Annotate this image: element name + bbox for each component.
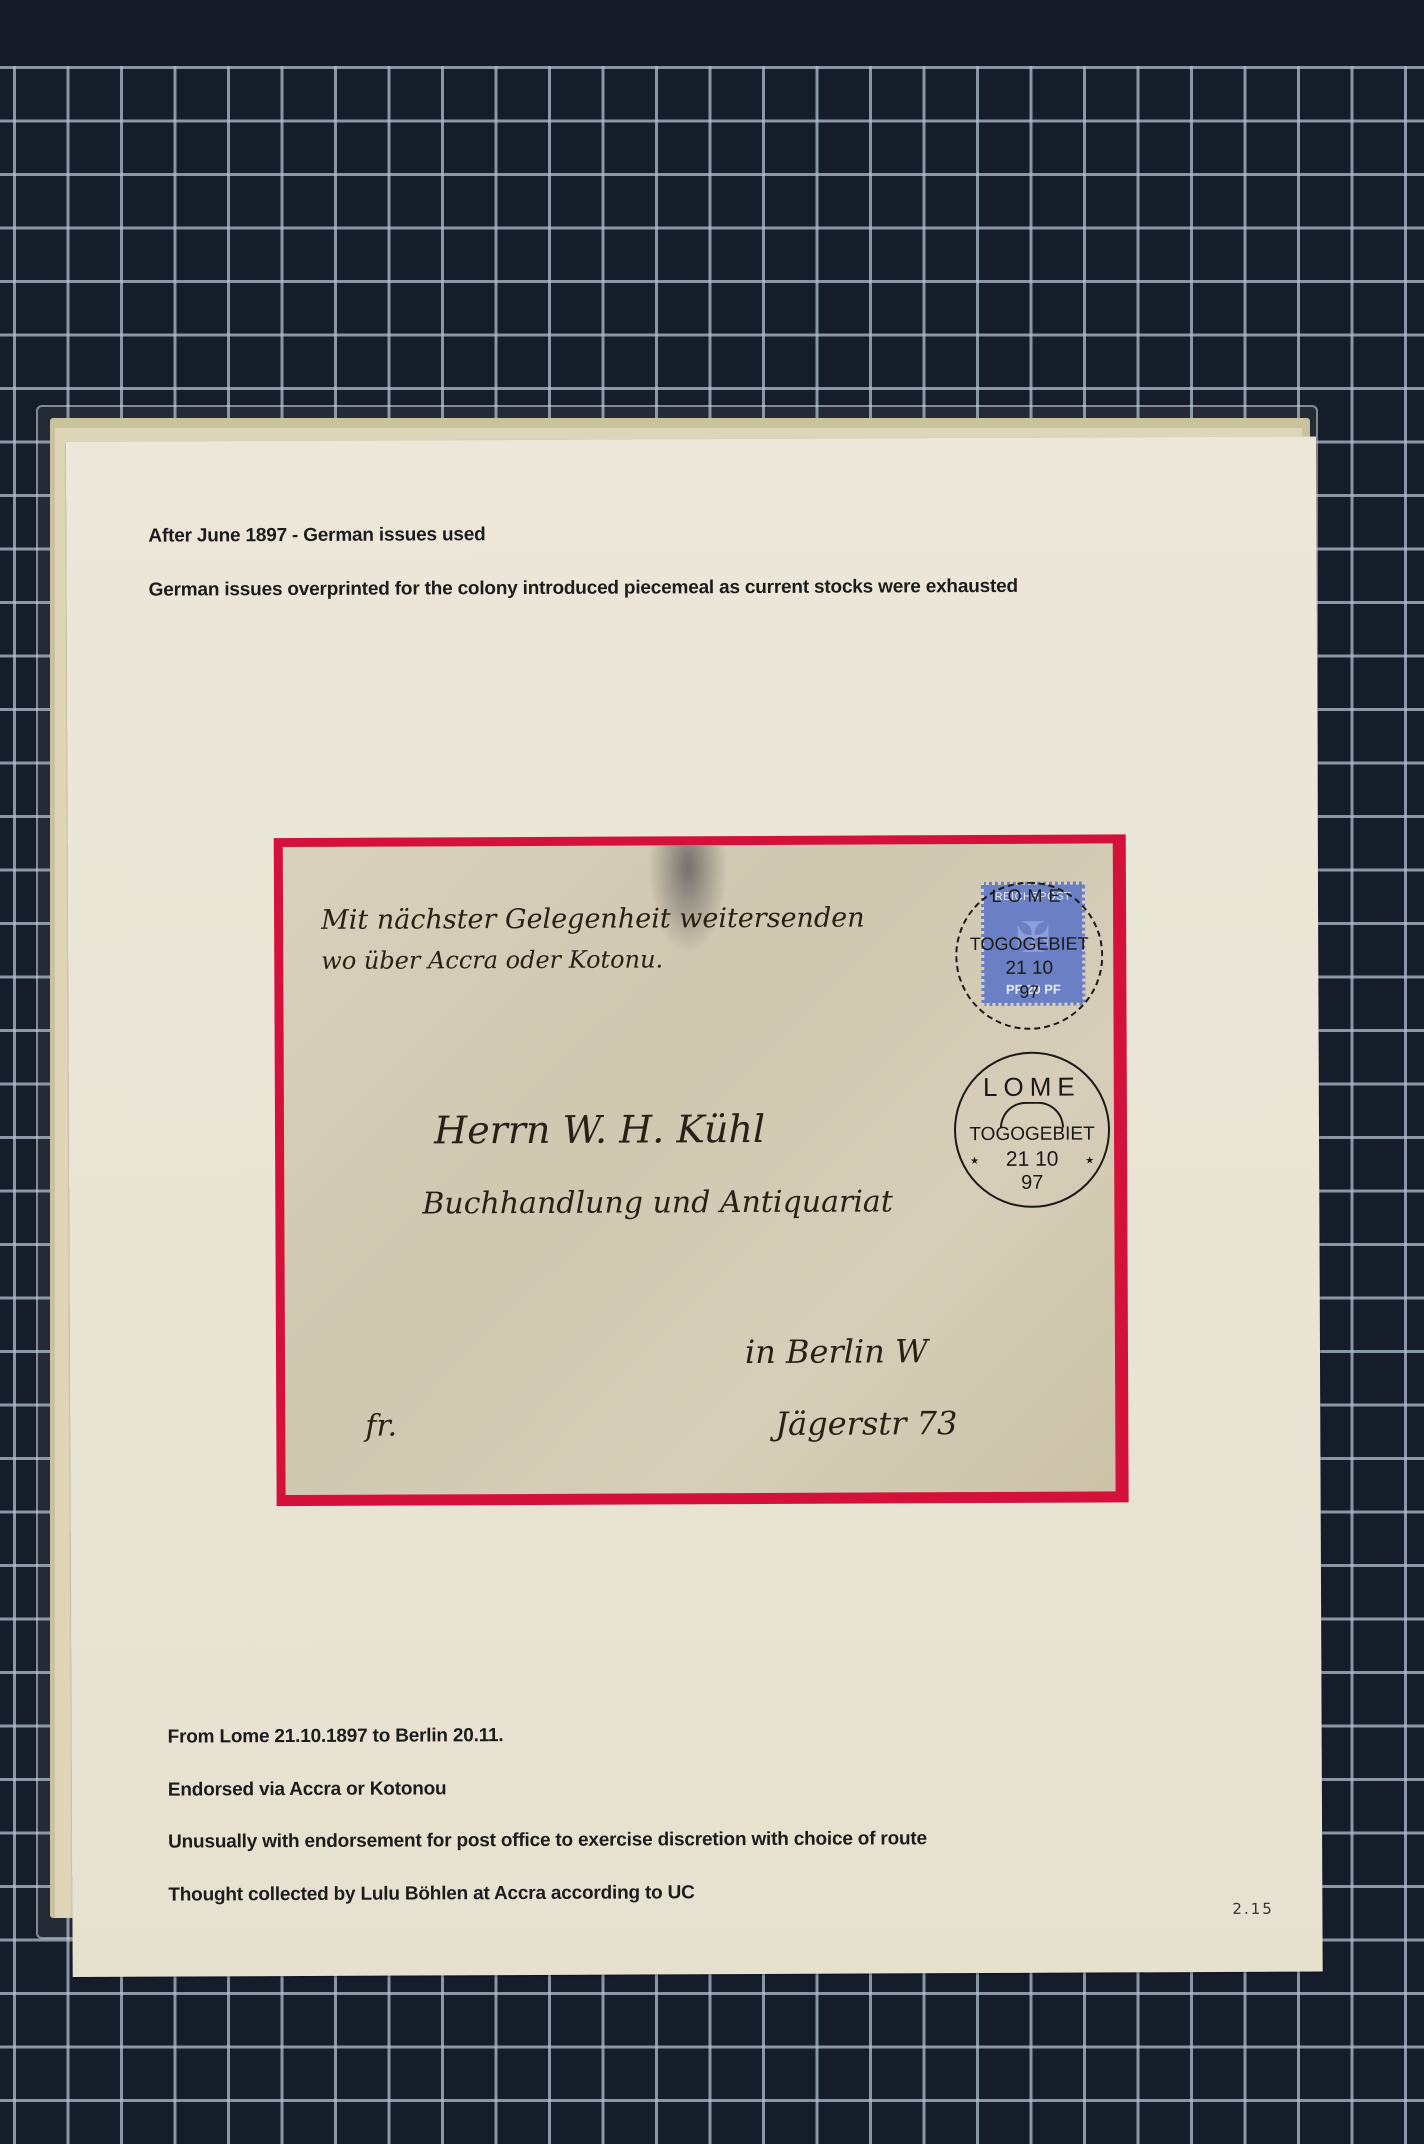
cancel-date: 21 10 (957, 957, 1101, 980)
address-line-3: in Berlin W (745, 1332, 928, 1371)
franco-marking: fr. (365, 1409, 397, 1444)
address-line-2: Buchhandlung und Antiquariat (422, 1184, 893, 1221)
cancel-region: TOGOGEBIET (956, 1123, 1108, 1146)
cancel-region: TOGOGEBIET (957, 933, 1101, 955)
ink-smudge (648, 845, 728, 955)
cancel-tied: LOME TOGOGEBIET 21 10 97 ★ ★ (954, 1051, 1111, 1208)
cover-mount: Mit nächster Gelegenheit weitersenden wo… (274, 834, 1129, 1506)
postal-cover: Mit nächster Gelegenheit weitersenden wo… (283, 843, 1116, 1495)
address-line-1: Herrn W. H. Kühl (434, 1107, 765, 1152)
note-route: From Lome 21.10.1897 to Berlin 20.11. (168, 1725, 504, 1748)
cancel-year: 97 (956, 1171, 1108, 1195)
album-page: After June 1897 - German issues used Ger… (66, 437, 1323, 1977)
cancel-on-stamp: LOME TOGOGEBIET 21 10 97 (955, 881, 1104, 1030)
endorsement-line-1: Mit nächster Gelegenheit weitersenden (321, 903, 865, 936)
page-heading: After June 1897 - German issues used (148, 524, 485, 547)
note-discretion: Unusually with endorsement for post offi… (168, 1828, 927, 1853)
cancel-year: 97 (957, 981, 1101, 1003)
page-subheading: German issues overprinted for the colony… (149, 576, 1018, 602)
star-icon: ★ (970, 1156, 979, 1167)
endorsement-line-2: wo über Accra oder Kotonu. (321, 945, 663, 974)
cancel-town: LOME (956, 1071, 1108, 1103)
note-collected: Thought collected by Lulu Böhlen at Accr… (168, 1882, 694, 1906)
page-number: 2.15 (1232, 1900, 1273, 1918)
cancel-town: LOME (957, 885, 1101, 907)
address-line-4: Jägerstr 73 (775, 1404, 957, 1443)
star-icon: ★ (1085, 1156, 1094, 1167)
note-endorsed: Endorsed via Accra or Kotonou (168, 1778, 447, 1801)
